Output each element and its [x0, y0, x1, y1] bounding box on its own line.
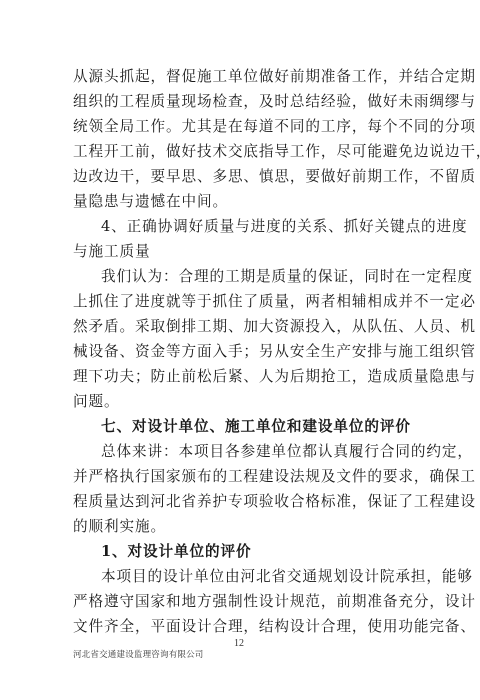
text-line: 的顺利实施。 — [73, 514, 409, 539]
text-line: 本项目的设计单位由河北省交通规划设计院承担，能够 — [73, 564, 409, 589]
text-line: 我们认为：合理的工期是质量的保证，同时在一定程度 — [73, 264, 409, 289]
text-line: 总体来讲：本项目各参建单位都认真履行合同的约定， — [73, 439, 409, 464]
text-line: 程质量达到河北省养护专项验收合格标准，保证了工程建设 — [73, 489, 409, 514]
text-line: 组织的工程质量现场检查，及时总结经验，做好未雨绸缪与 — [73, 89, 409, 114]
text-line: 严格遵守国家和地方强制性设计规范，前期准备充分，设计 — [73, 589, 409, 614]
text-line: 械设备、资金等方面入手；另从安全生产安排与施工组织管 — [73, 339, 409, 364]
footer-company-name: 河北省交通建设监理咨询有限公司 — [73, 648, 204, 660]
text-line: 工程开工前，做好技术交底指导工作，尽可能避免边说边干， — [73, 139, 409, 164]
document-page: 从源头抓起，督促施工单位做好前期准备工作，并结合定期组织的工程质量现场检查，及时… — [0, 0, 480, 700]
text-line: 边改边干，要早思、多思、慎思，要做好前期工作，不留质 — [73, 164, 409, 189]
text-line: 与施工质量 — [73, 239, 409, 264]
text-line: 然矛盾。采取倒排工期、加大资源投入，从队伍、人员、机 — [73, 314, 409, 339]
text-line: 量隐患与遗憾在中间。 — [73, 189, 409, 214]
section-heading: 七、对设计单位、施工单位和建设单位的评价 — [73, 414, 409, 439]
text-line: 问题。 — [73, 389, 409, 414]
text-line: 从源头抓起，督促施工单位做好前期准备工作，并结合定期 — [73, 64, 409, 89]
text-line: 统领全局工作。尤其是在每道不同的工序，每个不同的分项 — [73, 114, 409, 139]
text-line: 并严格执行国家颁布的工程建设法规及文件的要求，确保工 — [73, 464, 409, 489]
text-line: 理下功夫；防止前松后紧、人为后期抢工，造成质量隐患与 — [73, 364, 409, 389]
text-line: 4、正确协调好质量与进度的关系、抓好关键点的进度 — [73, 214, 409, 239]
section-heading: 1、对设计单位的评价 — [73, 539, 409, 564]
page-number: 12 — [234, 638, 244, 649]
text-line: 文件齐全，平面设计合理，结构设计合理，使用功能完备、 — [73, 614, 409, 639]
text-line: 上抓住了进度就等于抓住了质量，两者相辅相成并不一定必 — [73, 289, 409, 314]
body-text: 从源头抓起，督促施工单位做好前期准备工作，并结合定期组织的工程质量现场检查，及时… — [73, 64, 409, 639]
